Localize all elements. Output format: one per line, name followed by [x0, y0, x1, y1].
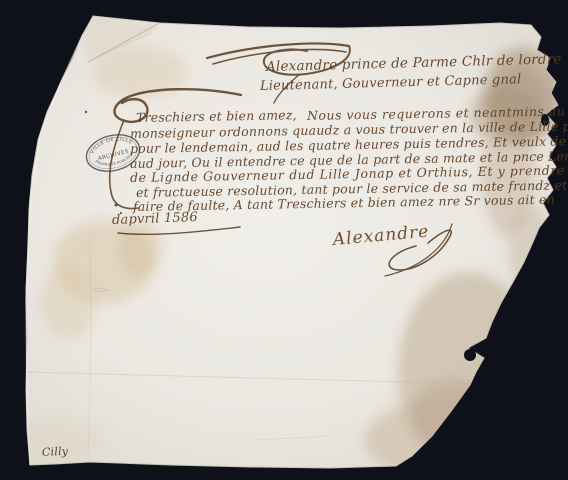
archivist-note: Cilly	[42, 445, 69, 459]
salutation: Treschiers et bien amez,	[136, 107, 297, 125]
date-line: dapvril 1586	[112, 210, 198, 228]
manuscript-scan: VILLE DE LILLE ARCHIVES PROPRIETE PUBLIQ…	[0, 0, 568, 480]
